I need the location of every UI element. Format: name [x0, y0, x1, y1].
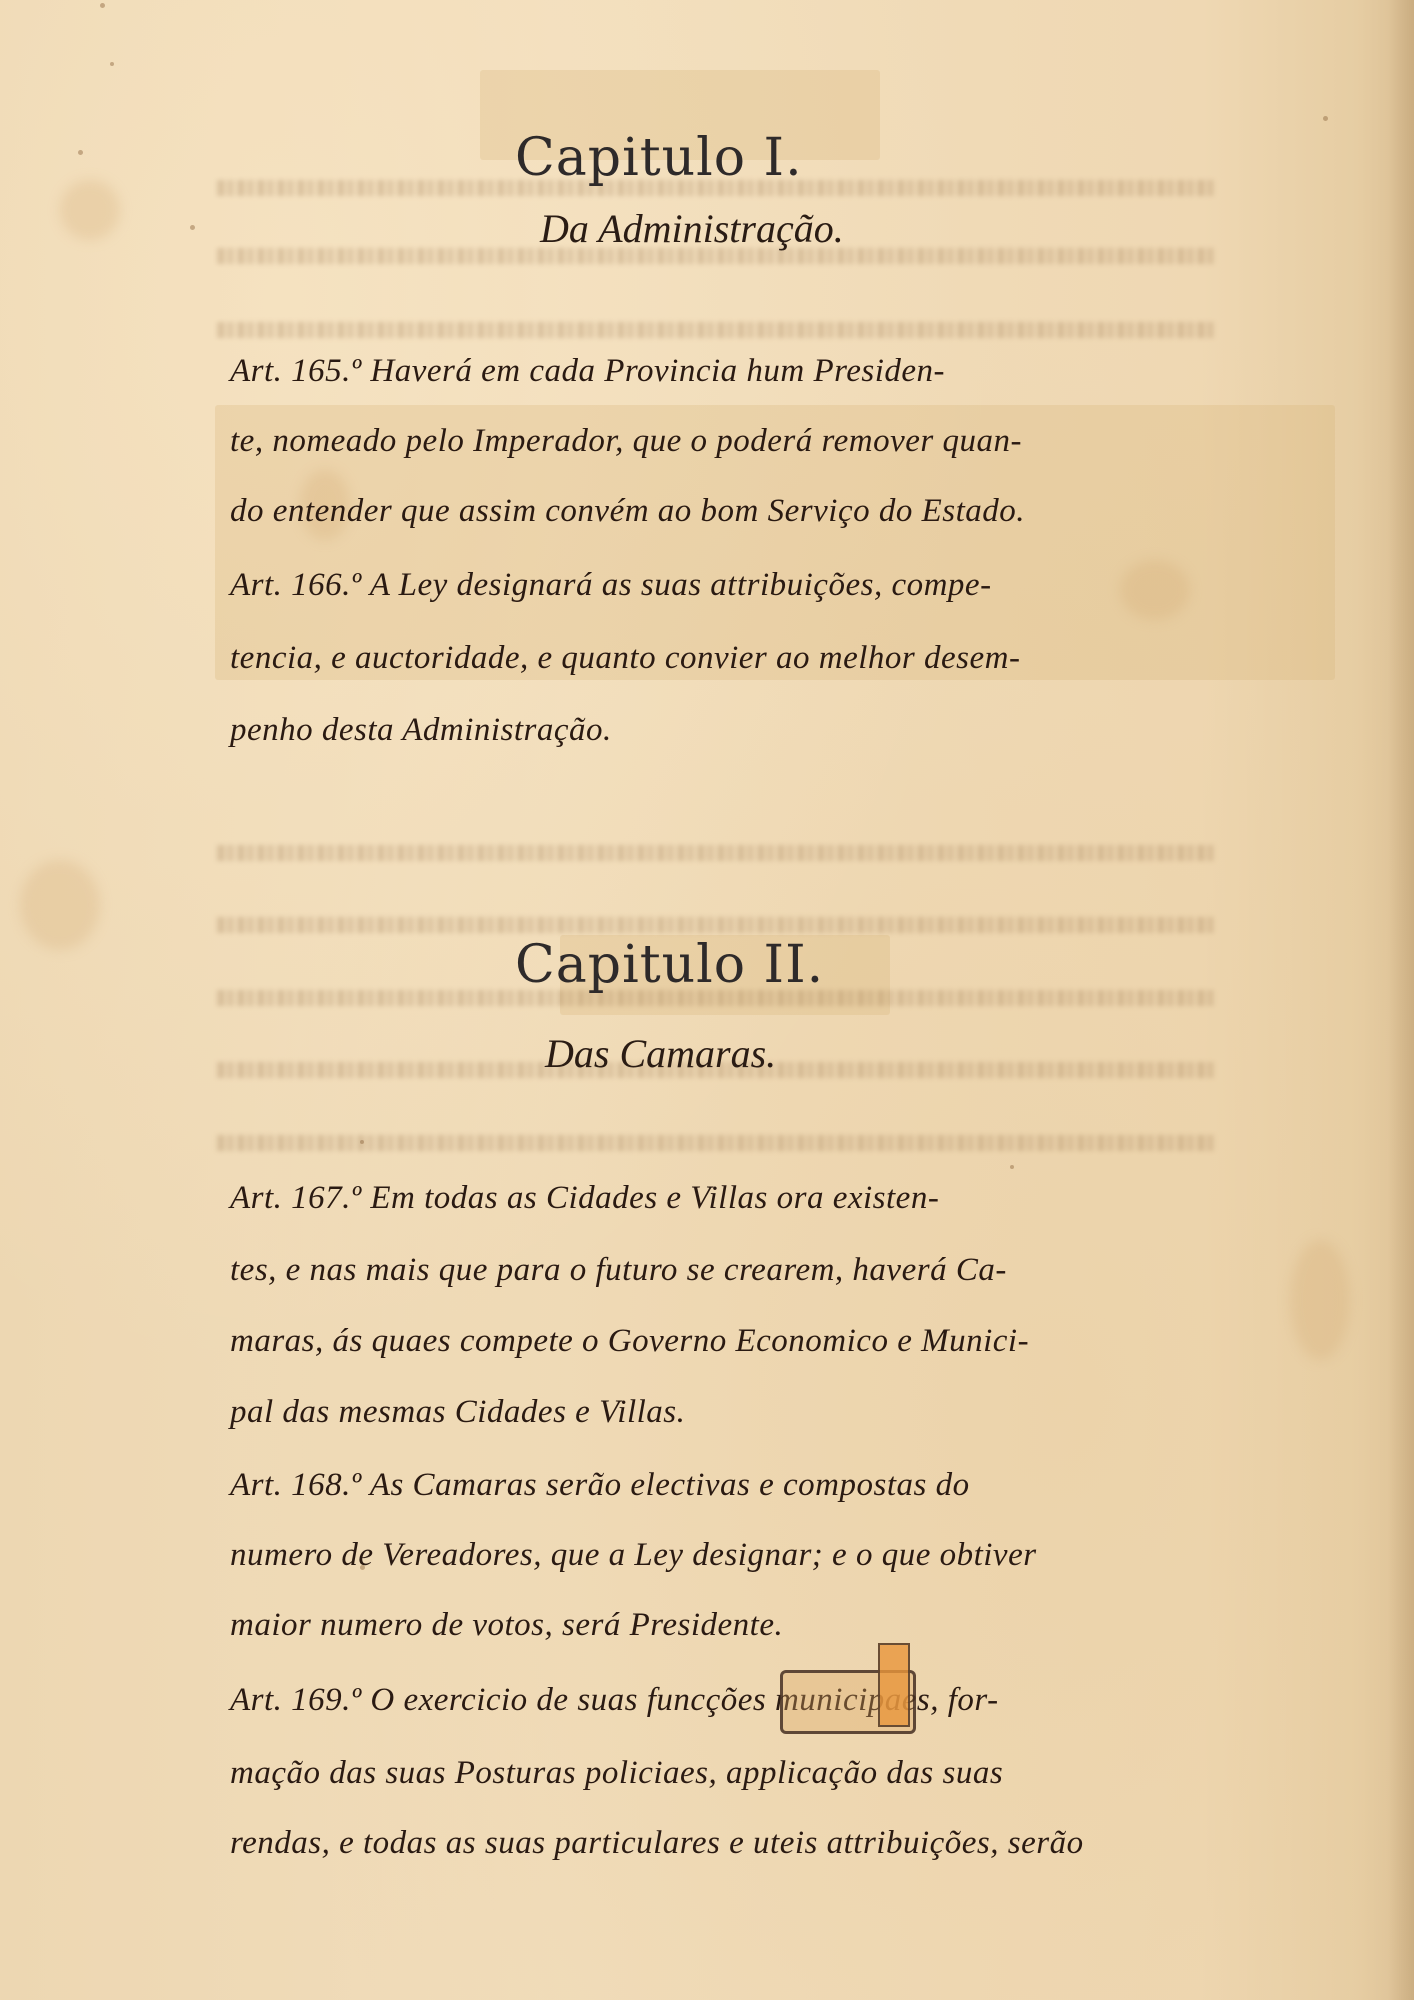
chapter-title: Das Camaras. [545, 1030, 776, 1077]
text-line: Art. 166.º A Ley designará as suas attri… [230, 567, 992, 604]
chapter-heading: Capitulo I. [515, 128, 803, 188]
bleed-through-text [215, 322, 1215, 338]
paper-stain [1120, 560, 1190, 620]
text-line: Art. 165.º Haverá em cada Provincia hum … [230, 353, 945, 390]
text-line: rendas, e todas as suas particulares e u… [230, 1825, 1084, 1862]
bleed-through-text [215, 845, 1215, 861]
paper-stain [20, 860, 100, 950]
foxing-spot [1323, 116, 1328, 121]
text-line: maras, ás quaes compete o Governo Econom… [230, 1323, 1029, 1360]
text-line: numero de Vereadores, que a Ley designar… [230, 1537, 1037, 1574]
foxing-spot [1010, 1165, 1014, 1169]
foxing-spot [110, 62, 114, 66]
text-line: tencia, e auctoridade, e quanto convier … [230, 640, 1020, 677]
text-line: tes, e nas mais que para o futuro se cre… [230, 1252, 1007, 1289]
foxing-spot [78, 150, 83, 155]
text-line: mação das suas Posturas policiaes, appli… [230, 1755, 1003, 1792]
bleed-through-text [215, 917, 1215, 933]
text-line: Art. 167.º Em todas as Cidades e Villas … [230, 1180, 939, 1217]
bleed-through-text [215, 1135, 1215, 1151]
foxing-spot [100, 3, 105, 8]
text-line: Art. 168.º As Camaras serão electivas e … [230, 1467, 970, 1504]
page-edge-shadow [1388, 0, 1414, 2000]
text-line: te, nomeado pelo Imperador, que o poderá… [230, 423, 1022, 460]
chapter-title: Da Administração. [540, 205, 844, 252]
foxing-spot [190, 225, 195, 230]
paper-tear-mark [878, 1643, 910, 1727]
text-line: pal das mesmas Cidades e Villas. [230, 1394, 685, 1431]
manuscript-page: Capitulo I. Da Administração. Art. 165.º… [0, 0, 1414, 2000]
paper-stain [1290, 1240, 1350, 1360]
ink-blot-mark [780, 1670, 916, 1734]
text-line: penho desta Administração. [230, 712, 612, 749]
chapter-heading: Capitulo II. [515, 935, 824, 995]
text-line: maior numero de votos, será Presidente. [230, 1607, 783, 1644]
text-line: do entender que assim convém ao bom Serv… [230, 493, 1025, 530]
paper-stain [60, 180, 120, 240]
